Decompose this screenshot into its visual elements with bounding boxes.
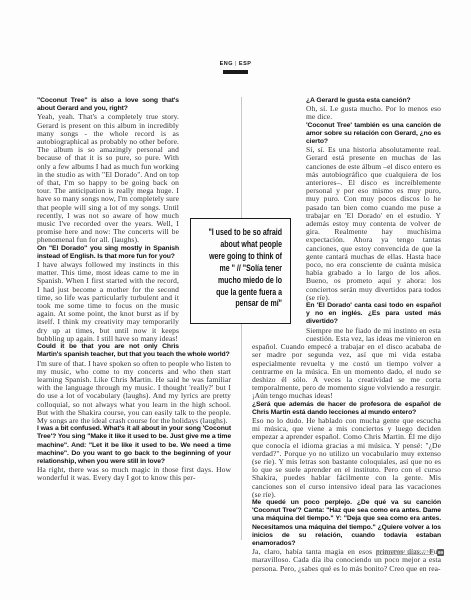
lang-esp-label: ESP [239,61,252,67]
pull-quote-text: "I used to be so afraid about what peopl… [195,227,282,310]
page-footer: PALLADIUM MAGAZINE 69 [377,548,444,556]
interview-question: 'Coconut Tree' también es una canción de… [252,122,441,147]
interview-answer: Siempre me he fiado de mi instinto en es… [252,327,441,401]
lang-eng-label: ENG [220,61,233,67]
spanish-column: ¿A Gerard le gusta esta canción?Oh, sí. … [252,97,441,573]
interview-answer: Ha right, there was so much magic in tho… [37,466,231,482]
interview-question: "Coconut Tree" is also a love song that'… [37,97,231,113]
interview-answer: I'm sure of that. I have spoken so often… [37,360,231,426]
lang-separator: | [235,61,237,67]
magazine-page: ENG|ESP "Coconut Tree" is also a love so… [0,0,471,600]
language-underline-bar [223,70,248,74]
language-header: ENG|ESP [0,61,471,74]
magazine-name: PALLADIUM MAGAZINE [377,549,434,556]
language-labels: ENG|ESP [0,61,471,67]
page-number-badge: 69 [437,549,444,556]
interview-question: ¿Será que además de hacer de profesora d… [252,401,441,417]
interview-question: Could it be that you are not only Chris … [37,343,231,359]
interview-question: Me quedé un poco perplejo. ¿De qué va su… [252,499,441,548]
pull-quote-box: "I used to be so afraid about what peopl… [190,218,291,324]
interview-question: I was a bit confused. What's it all abou… [37,425,231,466]
interview-answer: Oh, sí. Le gusta mucho. Por lo menos eso… [252,105,441,121]
interview-answer: Eso no lo dudo. He hablado con mucha gen… [252,417,441,499]
